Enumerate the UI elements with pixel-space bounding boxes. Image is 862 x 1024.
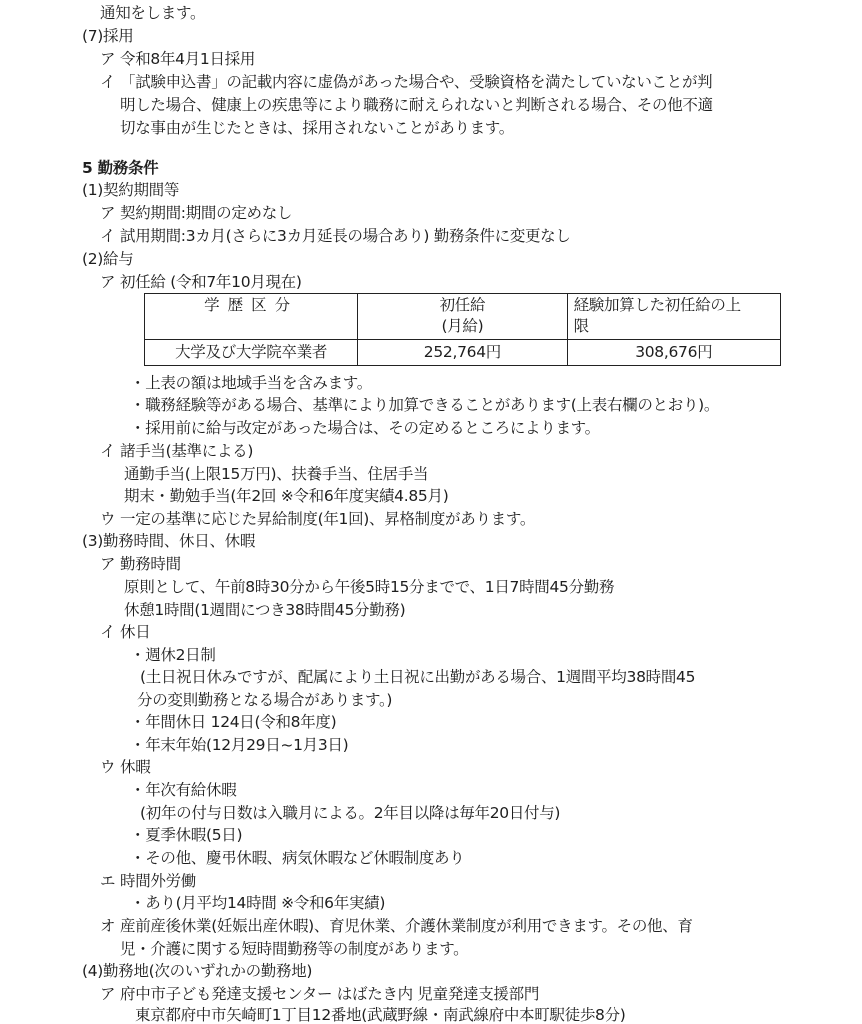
text-line: 切な事由が生じたときは、採用されないことがあります。 (120, 117, 514, 139)
item-text: 契約期間:期間の定めなし (120, 204, 292, 222)
item-marker: ア (100, 202, 120, 224)
list-item: ア契約期間:期間の定めなし (100, 202, 292, 224)
item-marker: イ (100, 621, 120, 643)
list-item: ウ一定の基準に応じた昇給制度(年1回)、昇格制度があります。 (100, 508, 535, 530)
cell-starting-salary: 252,764円 (358, 340, 567, 366)
text-line: 原則として、午前8時30分から午後5時15分までで、1日7時間45分勤務 (124, 576, 614, 598)
item-marker: エ (100, 870, 120, 892)
item-marker: ウ (100, 756, 120, 778)
item-text: 令和8年4月1日採用 (120, 50, 255, 68)
cell-max-salary: 308,676円 (567, 340, 780, 366)
table-header-starting-salary: 初任給(月給) (358, 294, 567, 340)
bullet-line: ・年次有給休暇 (130, 779, 236, 801)
item-marker: ア (100, 983, 120, 1005)
subsection-heading-hours: (3)勤務時間、休日、休暇 (82, 530, 255, 552)
list-item: ア勤務時間 (100, 553, 181, 575)
item-marker: ウ (100, 508, 120, 530)
table-header-row: 学歴区分 初任給(月給) 経験加算した初任給の上限 (145, 294, 781, 340)
bullet-line: ・あり(月平均14時間 ※令和6年実績) (130, 892, 385, 914)
text-line: 休憩1時間(1週間につき38時間45分勤務) (124, 599, 405, 621)
item-text: 休日 (120, 623, 150, 641)
list-item: イ休日 (100, 621, 150, 643)
text-line: 児・介護に関する短時間勤務等の制度があります。 (120, 938, 468, 960)
item-text: 休暇 (120, 758, 150, 776)
item-text: 諸手当(基準による) (120, 442, 253, 460)
header-line: 初任給 (440, 296, 486, 314)
item-marker: ア (100, 271, 120, 293)
item-marker: ア (100, 48, 120, 70)
item-text: 「試験申込書」の記載内容に虚偽があった場合や、受験資格を満たしていないことが判 (120, 73, 712, 91)
list-item: イ「試験申込書」の記載内容に虚偽があった場合や、受験資格を満たしていないことが判 (100, 71, 712, 93)
item-marker: イ (100, 225, 120, 247)
salary-table: 学歴区分 初任給(月給) 経験加算した初任給の上限 大学及び大学院卒業者 252… (144, 293, 781, 366)
item-text: 時間外労働 (120, 872, 196, 890)
text-line: (初年の付与日数は入職月による。2年目以降は毎年20日付与) (140, 802, 560, 824)
text-line: 期末・勤勉手当(年2回 ※令和6年度実績4.85月) (124, 485, 448, 507)
bullet-line: ・年末年始(12月29日~1月3日) (130, 734, 348, 756)
item-marker: オ (100, 915, 120, 937)
item-text: 試用期間:3カ月(さらに3カ月延長の場合あり) 勤務条件に変更なし (120, 227, 571, 245)
subsection-heading-salary: (2)給与 (82, 248, 133, 270)
text-line: 通知をします。 (100, 2, 205, 24)
list-item: イ諸手当(基準による) (100, 440, 253, 462)
bullet-line: ・夏季休暇(5日) (130, 824, 242, 846)
list-item: オ産前産後休業(妊娠出産休暇)、育児休業、介護休業制度が利用できます。その他、育 (100, 915, 693, 937)
list-item: ウ休暇 (100, 756, 150, 778)
item-marker: ア (100, 553, 120, 575)
table-row: 大学及び大学院卒業者 252,764円 308,676円 (145, 340, 781, 366)
table-header-education: 学歴区分 (145, 294, 358, 340)
list-item: ア令和8年4月1日採用 (100, 48, 255, 70)
item-marker: イ (100, 440, 120, 462)
bullet-line: ・その他、慶弔休暇、病気休暇など休暇制度あり (130, 847, 464, 869)
item-text: 一定の基準に応じた昇給制度(年1回)、昇格制度があります。 (120, 510, 535, 528)
bullet-line: ・年間休日 124日(令和8年度) (130, 711, 336, 733)
cell-education: 大学及び大学院卒業者 (145, 340, 358, 366)
list-item: エ時間外労働 (100, 870, 196, 892)
table-header-max-salary: 経験加算した初任給の上限 (567, 294, 780, 340)
list-item: ア初任給 (令和7年10月現在) (100, 271, 302, 293)
item-text: 産前産後休業(妊娠出産休暇)、育児休業、介護休業制度が利用できます。その他、育 (120, 917, 693, 935)
note-line: ・上表の額は地域手当を含みます。 (130, 372, 372, 394)
section-heading-work-conditions: 5 勤務条件 (82, 157, 158, 179)
item-marker: イ (100, 71, 120, 93)
text-line: 通勤手当(上限15万円)、扶養手当、住居手当 (124, 463, 428, 485)
item-text: 府中市子ども発達支援センター はばたき内 児童発達支援部門 (120, 985, 539, 1003)
subsection-heading-contract: (1)契約期間等 (82, 179, 179, 201)
header-line: 限 (574, 317, 589, 335)
bullet-line: ・週休2日制 (130, 644, 216, 666)
item-text: 初任給 (令和7年10月現在) (120, 273, 302, 291)
address-line: 東京都府中市矢崎町1丁目12番地(武蔵野線・南武線府中本町駅徒歩8分) (135, 1004, 626, 1024)
list-item: イ試用期間:3カ月(さらに3カ月延長の場合あり) 勤務条件に変更なし (100, 225, 571, 247)
text-line: 明した場合、健康上の疾患等により職務に耐えられないと判断される場合、その他不適 (120, 94, 713, 116)
note-line: ・採用前に給与改定があった場合は、その定めるところによります。 (130, 417, 600, 439)
header-line: 経験加算した初任給の上 (574, 296, 741, 314)
subsection-heading-workplace: (4)勤務地(次のいずれかの勤務地) (82, 960, 312, 982)
text-line: 分の変則勤務となる場合があります。) (137, 689, 392, 711)
section-heading-recruitment: (7)採用 (82, 25, 133, 47)
item-text: 勤務時間 (120, 555, 181, 573)
note-line: ・職務経験等がある場合、基準により加算できることがあります(上表右欄のとおり)。 (130, 394, 719, 416)
list-item: ア府中市子ども発達支援センター はばたき内 児童発達支援部門 (100, 983, 539, 1005)
header-line: (月給) (441, 317, 483, 335)
text-line: (土日祝日休みですが、配属により土日祝に出勤がある場合、1週間平均38時間45 (140, 666, 695, 688)
